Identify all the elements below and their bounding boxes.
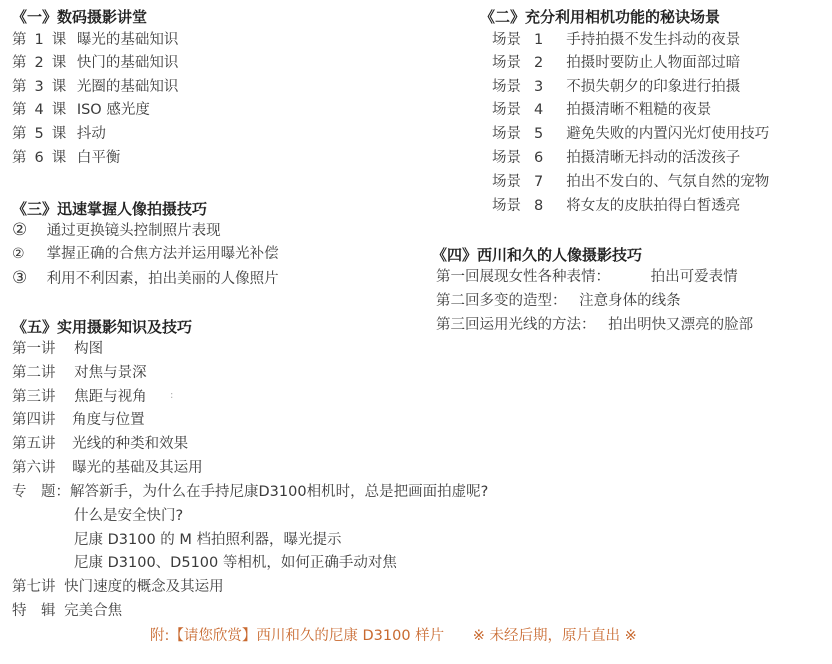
list-item: 第 6 课 白平衡 [12,146,120,170]
lecture-item: 第五讲 光线的种类和效果 [12,432,188,456]
section1-title: 《一》数码摄影讲堂 [12,6,147,27]
list-item: 第 4 课 ISO 感光度 [12,98,150,122]
list-item: 第 3 课 光圈的基础知识 [12,75,178,99]
lecture-item: 第三讲 焦距与视角 [12,385,147,409]
topic-subitem: 什么是安全快门? [74,504,183,528]
footer-note: 附:【请您欣赏】西川和久的尼康 D3100 样片 ※ 未经后期，原片直出 ※ [150,624,637,645]
lecture-item: 第一讲 构图 [12,337,103,361]
circled-number-marker: ③ [12,266,42,290]
topic-item: 专 题：解答新手，为什么在手持尼康D3100相机时，总是把画面拍虚呢? [12,480,488,504]
section3-title: 《三》迅速掌握人像拍摄技巧 [12,198,207,219]
stray-mark: : [170,390,173,401]
list-item: 场景 2 拍摄时要防止人物面部过暗 [492,51,740,75]
list-item: ② 掌握正确的合焦方法并运用曝光补偿 [12,242,279,266]
list-item: 第 2 课 快门的基础知识 [12,51,178,75]
section2-title: 《二》充分利用相机功能的秘诀场景 [480,6,720,27]
list-item: 第 5 课 抖动 [12,122,106,146]
list-item: 第一回展现女性各种表情： 拍出可爱表情 [436,265,738,289]
lecture-item: 第四讲 角度与位置 [12,408,145,432]
list-item: 场景 5 避免失败的内置闪光灯使用技巧 [492,122,769,146]
circled-number-marker: ② [12,218,42,242]
section4-title: 《四》西川和久的人像摄影技巧 [432,244,642,265]
list-item: 场景 3 不损失朝夕的印象进行拍摄 [492,75,740,99]
topic-subitem: 尼康 D3100、D5100 等相机，如何正确手动对焦 [74,551,397,575]
lecture-item: 第六讲 曝光的基础及其运用 [12,456,203,480]
lecture-item: 第二讲 对焦与景深 [12,361,147,385]
list-item: 场景 6 拍摄清晰无抖动的活泼孩子 [492,146,740,170]
list-item: 场景 8 将女友的皮肤拍得白皙透亮 [492,194,740,218]
list-item: 第 1 课 曝光的基础知识 [12,28,178,52]
topic-subitem: 尼康 D3100 的 M 档拍照利器，曝光提示 [74,528,342,552]
footer-sample-text: 附:【请您欣赏】西川和久的尼康 D3100 样片 [150,628,444,644]
list-item: ② 通过更换镜头控制照片表现 [12,218,221,242]
special-item: 特 辑 完美合焦 [12,599,122,623]
list-item: 场景 7 拍出不发白的、气氛自然的宠物 [492,170,769,194]
list-item: ③ 利用不利因素，拍出美丽的人像照片 [12,266,279,290]
list-item: 场景 4 拍摄清晰不粗糙的夜景 [492,98,711,122]
list-item: 第二回多变的造型： 注意身体的线条 [436,289,681,313]
footer-original-note: ※ 未经后期，原片直出 ※ [473,628,637,644]
list-item: 第三回运用光线的方法： 拍出明快又漂亮的脸部 [436,313,753,337]
lecture-item: 第七讲 快门速度的概念及其运用 [12,575,224,599]
list-item: 场景 1 手持拍摄不发生抖动的夜景 [492,28,740,52]
section5-title: 《五》实用摄影知识及技巧 [12,316,192,337]
circled-number-marker: ② [12,242,42,266]
